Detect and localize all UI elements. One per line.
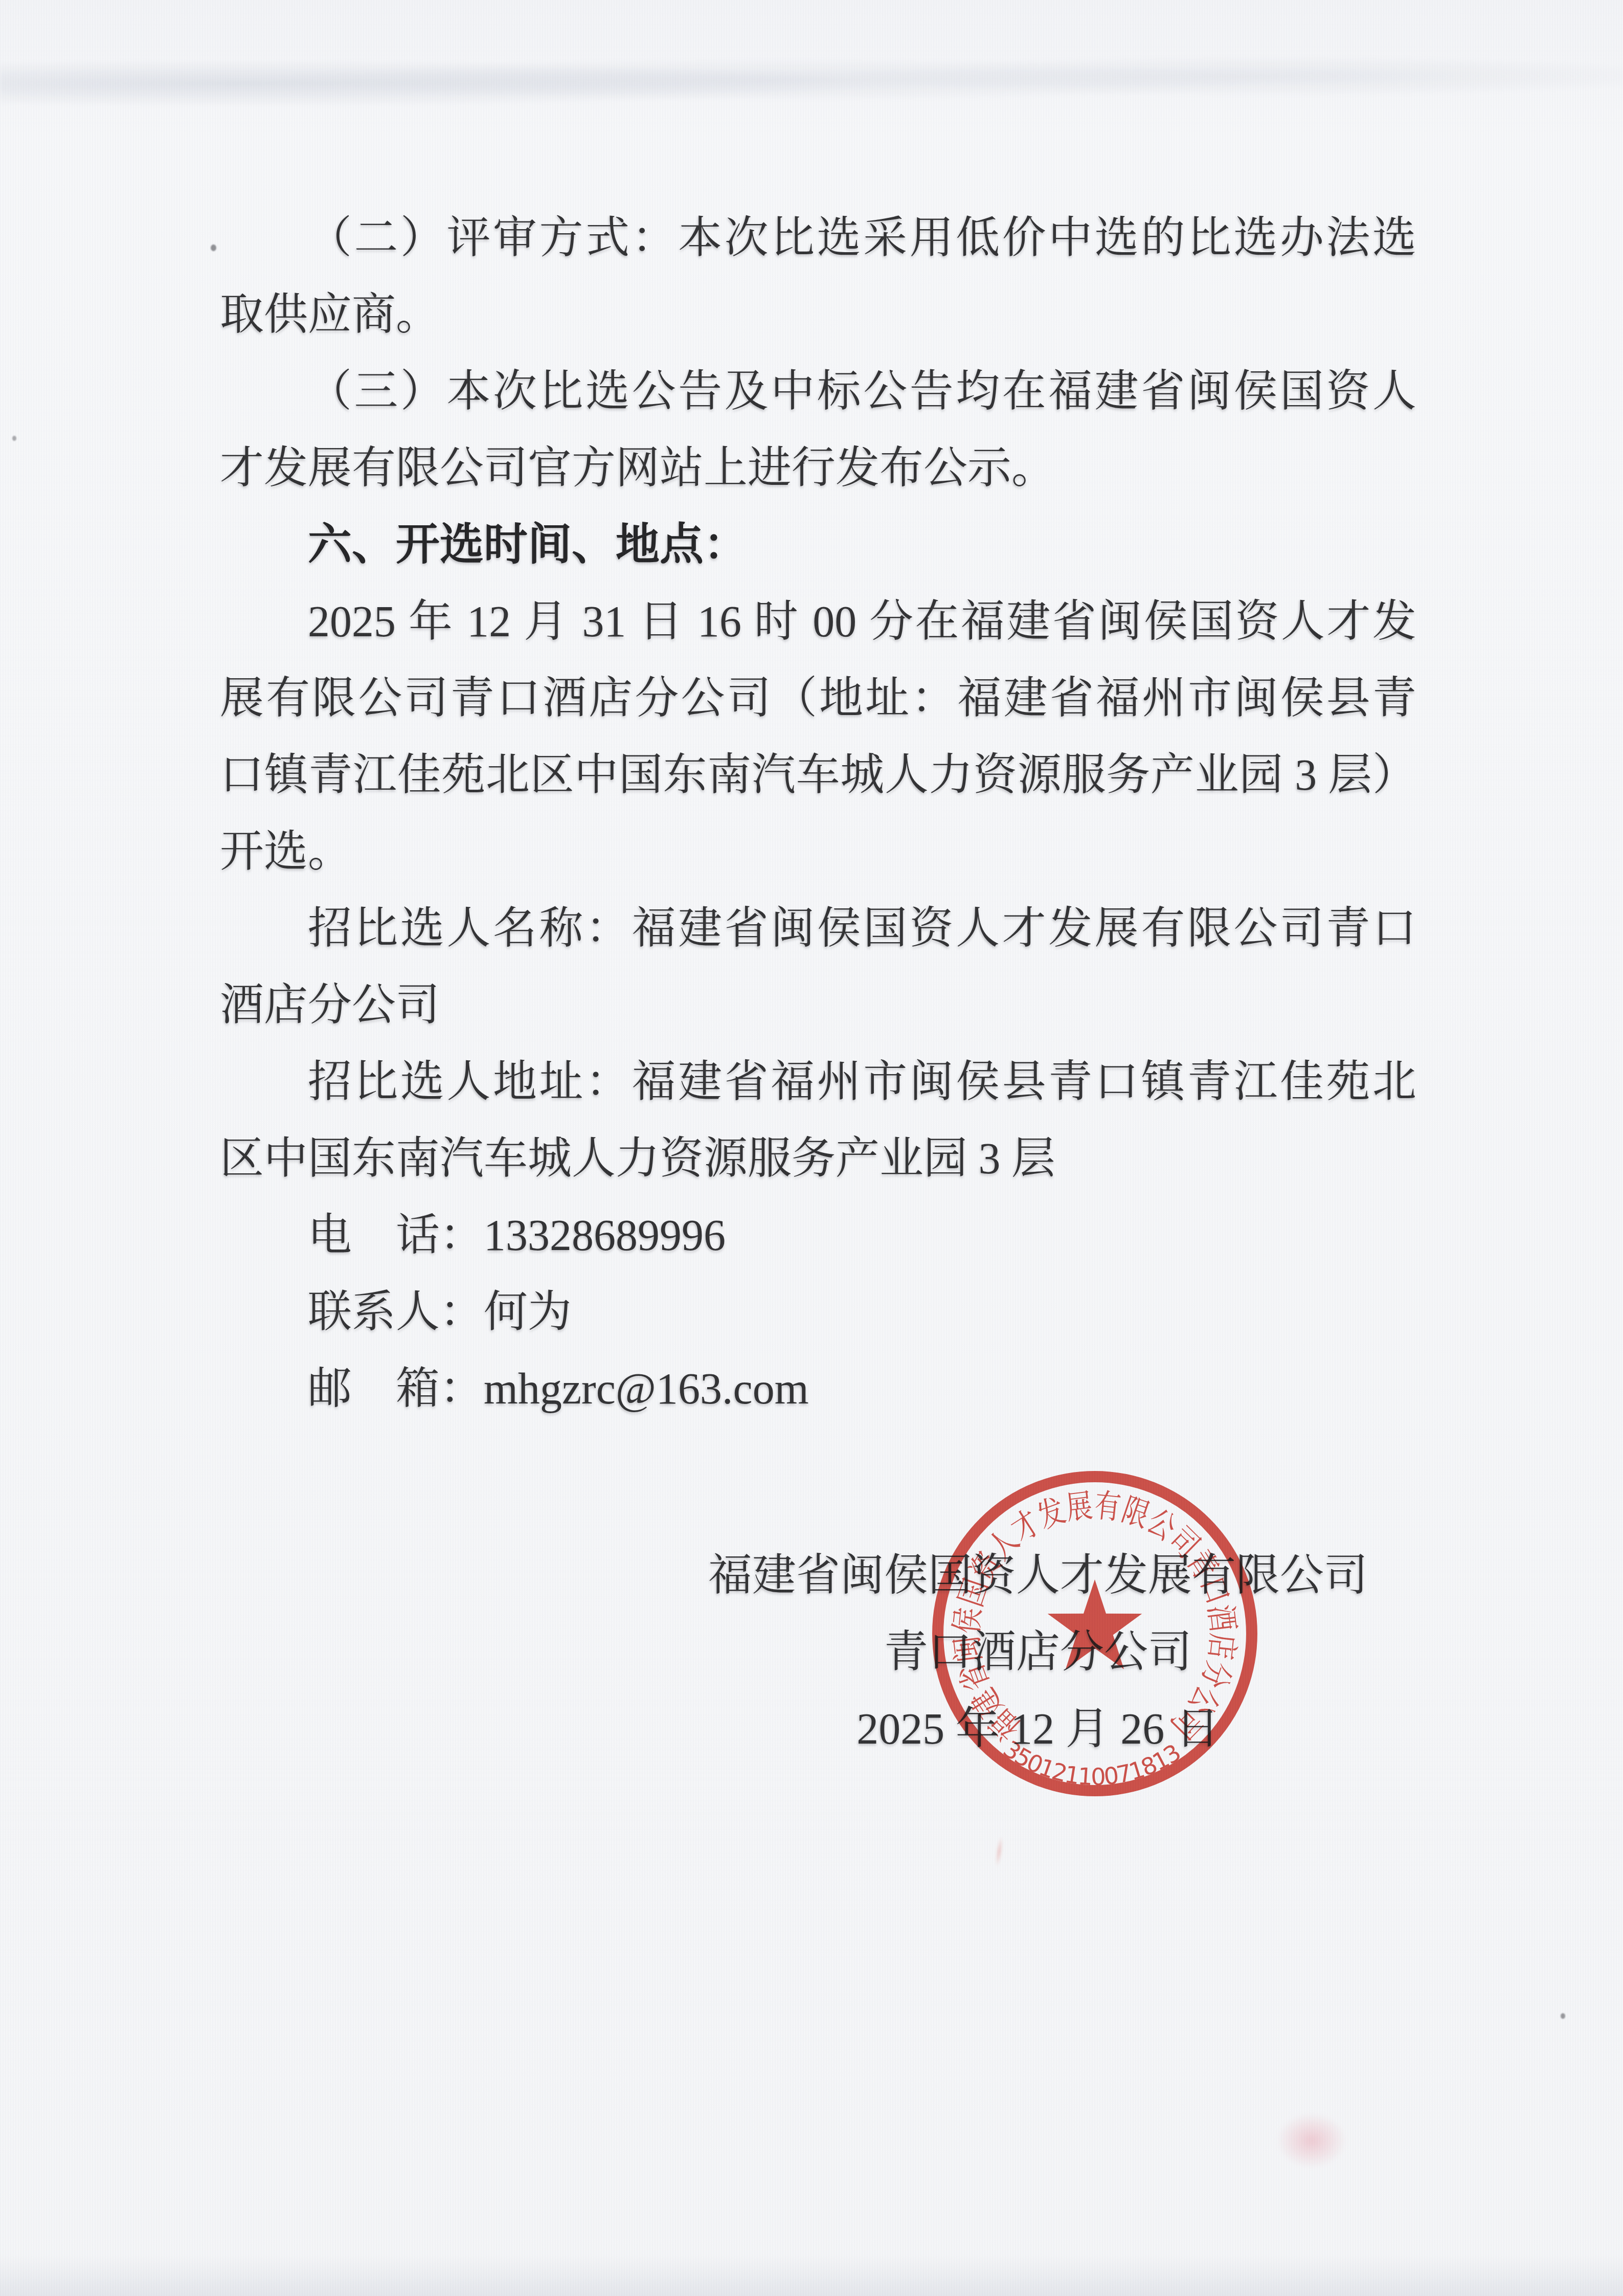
seal-star-icon [1048,1579,1142,1669]
text-line: 口镇青江佳苑北区中国东南汽车城人力资源服务产业园 3 层） [220,737,1416,813]
scanned-document-page: （二）评审方式：本次比选采用低价中选的比选办法选 取供应商。 （三）本次比选公告… [0,0,1623,2296]
text-line: 区中国东南汽车城人力资源服务产业园 3 层 [220,1120,1416,1197]
pink-ink-smudge [1263,2102,1360,2179]
text-line: （二）评审方式：本次比选采用低价中选的比选办法选 [220,199,1416,276]
text-line: 取供应商。 [220,276,1416,353]
body-text: （二）评审方式：本次比选采用低价中选的比选办法选 取供应商。 （三）本次比选公告… [220,199,1416,1427]
text-line: 2025 年 12 月 31 日 16 时 00 分在福建省闽侯国资人才发 [220,583,1416,660]
scan-speck [211,244,216,251]
text-line: 招比选人地址：福建省福州市闽侯县青口镇青江佳苑北 [220,1043,1416,1120]
text-line: 展有限公司青口酒店分公司（地址：福建省福州市闽侯县青 [220,660,1416,737]
scan-speck [1561,2013,1565,2019]
seal-ink-dribble [993,1831,1006,1872]
contact-line: 联系人：何为 [220,1274,1416,1350]
text-line: 开选。 [220,813,1416,890]
text-line: （三）本次比选公告及中标公告均在福建省闽侯国资人 [220,353,1416,430]
text-line: 才发展有限公司官方网站上进行发布公示。 [220,430,1416,506]
phone-line: 电 话：13328689996 [220,1197,1416,1274]
official-seal: 福建省闽侯国资人才发展有限公司青口酒店分公司 35012110071813 [926,1467,1264,1802]
text-line: 酒店分公司 [220,967,1416,1043]
scanner-edge-shadow [0,2255,1623,2296]
text-line: 招比选人名称：福建省闽侯国资人才发展有限公司青口 [220,890,1416,967]
section-heading: 六、开选时间、地点： [220,506,1416,583]
scan-speck [12,436,16,441]
scanner-noise-band [0,44,1623,116]
email-line: 邮 箱：mhgzrc@163.com [220,1350,1416,1427]
